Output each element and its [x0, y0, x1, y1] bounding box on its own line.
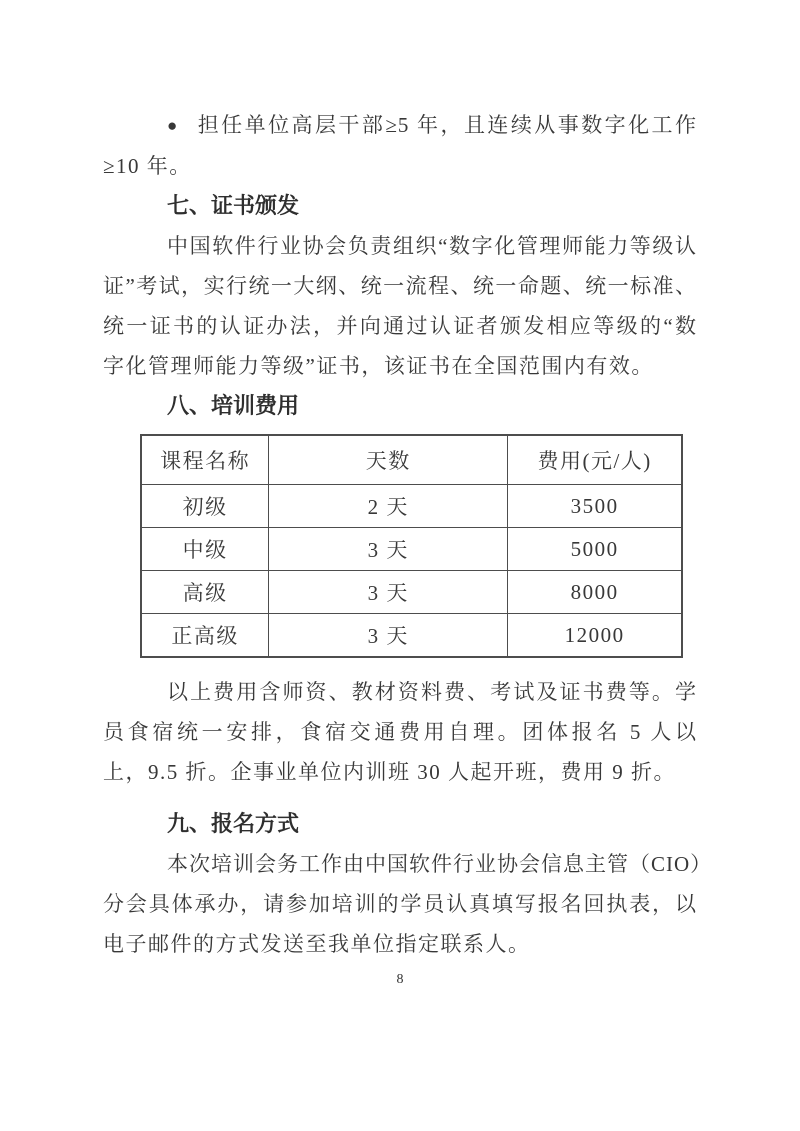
- section-7-paragraph-line: 证”考试，实行统一大纲、统一流程、统一命题、统一标准、: [103, 266, 697, 306]
- fees-table-cell: 12000: [508, 614, 682, 658]
- fees-table-cell: 正高级: [141, 614, 269, 658]
- section-9-paragraph-line: 本次培训会务工作由中国软件行业协会信息主管（CIO）: [103, 844, 697, 884]
- section-7-heading: 七、证书颁发: [103, 186, 697, 226]
- fees-table-cell: 5000: [508, 528, 682, 571]
- fees-table-cell: 8000: [508, 571, 682, 614]
- fees-table-row: 高级 3 天 8000: [141, 571, 682, 614]
- section-7-paragraph-line: 统一证书的认证办法，并向通过认证者颁发相应等级的“数: [103, 306, 697, 346]
- bullet-icon: ●: [167, 106, 178, 146]
- fees-table-header-course: 课程名称: [141, 435, 269, 485]
- section-7-paragraph-line: 字化管理师能力等级”证书，该证书在全国范围内有效。: [103, 346, 697, 386]
- section-8-paragraph-line: 以上费用含师资、教材资料费、考试及证书费等。学: [103, 672, 697, 712]
- fees-table-cell: 3 天: [269, 528, 508, 571]
- document-page: ●担任单位高层干部≥5 年，且连续从事数字化工作 ≥10 年。 七、证书颁发 中…: [0, 0, 800, 1131]
- fees-table-row: 正高级 3 天 12000: [141, 614, 682, 658]
- bullet-item-text: 担任单位高层干部≥5 年，且连续从事数字化工作: [196, 113, 697, 137]
- fees-table-cell: 高级: [141, 571, 269, 614]
- section-8-paragraph-line: 员食宿统一安排，食宿交通费用自理。团体报名 5 人以: [103, 712, 697, 752]
- fees-table-cell: 3500: [508, 485, 682, 528]
- fees-table-cell: 3 天: [269, 571, 508, 614]
- section-9-heading: 九、报名方式: [103, 804, 697, 844]
- fees-table-header-fee: 费用(元/人): [508, 435, 682, 485]
- section-7-paragraph-line: 中国软件行业协会负责组织“数字化管理师能力等级认: [103, 226, 697, 266]
- spacer: [103, 792, 697, 804]
- fees-table-row: 初级 2 天 3500: [141, 485, 682, 528]
- fees-table-header-days: 天数: [269, 435, 508, 485]
- section-9-paragraph-line: 电子邮件的方式发送至我单位指定联系人。: [103, 924, 697, 964]
- section-9-paragraph-line: 分会具体承办，请参加培训的学员认真填写报名回执表，以: [103, 884, 697, 924]
- fees-table-cell: 初级: [141, 485, 269, 528]
- section-8-paragraph-line: 上，9.5 折。企事业单位内训班 30 人起开班，费用 9 折。: [103, 752, 697, 792]
- fees-table-row: 中级 3 天 5000: [141, 528, 682, 571]
- section-8-heading: 八、培训费用: [103, 386, 697, 426]
- fees-table-cell: 2 天: [269, 485, 508, 528]
- bullet-item-line-2: ≥10 年。: [103, 146, 697, 186]
- fees-table-header-row: 课程名称 天数 费用(元/人): [141, 435, 682, 485]
- fees-table-cell: 中级: [141, 528, 269, 571]
- page-number: 8: [0, 972, 800, 988]
- bullet-item-line-1: ●担任单位高层干部≥5 年，且连续从事数字化工作: [103, 105, 697, 146]
- fees-table: 课程名称 天数 费用(元/人) 初级 2 天 3500 中级 3 天 5000 …: [140, 434, 683, 658]
- fees-table-cell: 3 天: [269, 614, 508, 658]
